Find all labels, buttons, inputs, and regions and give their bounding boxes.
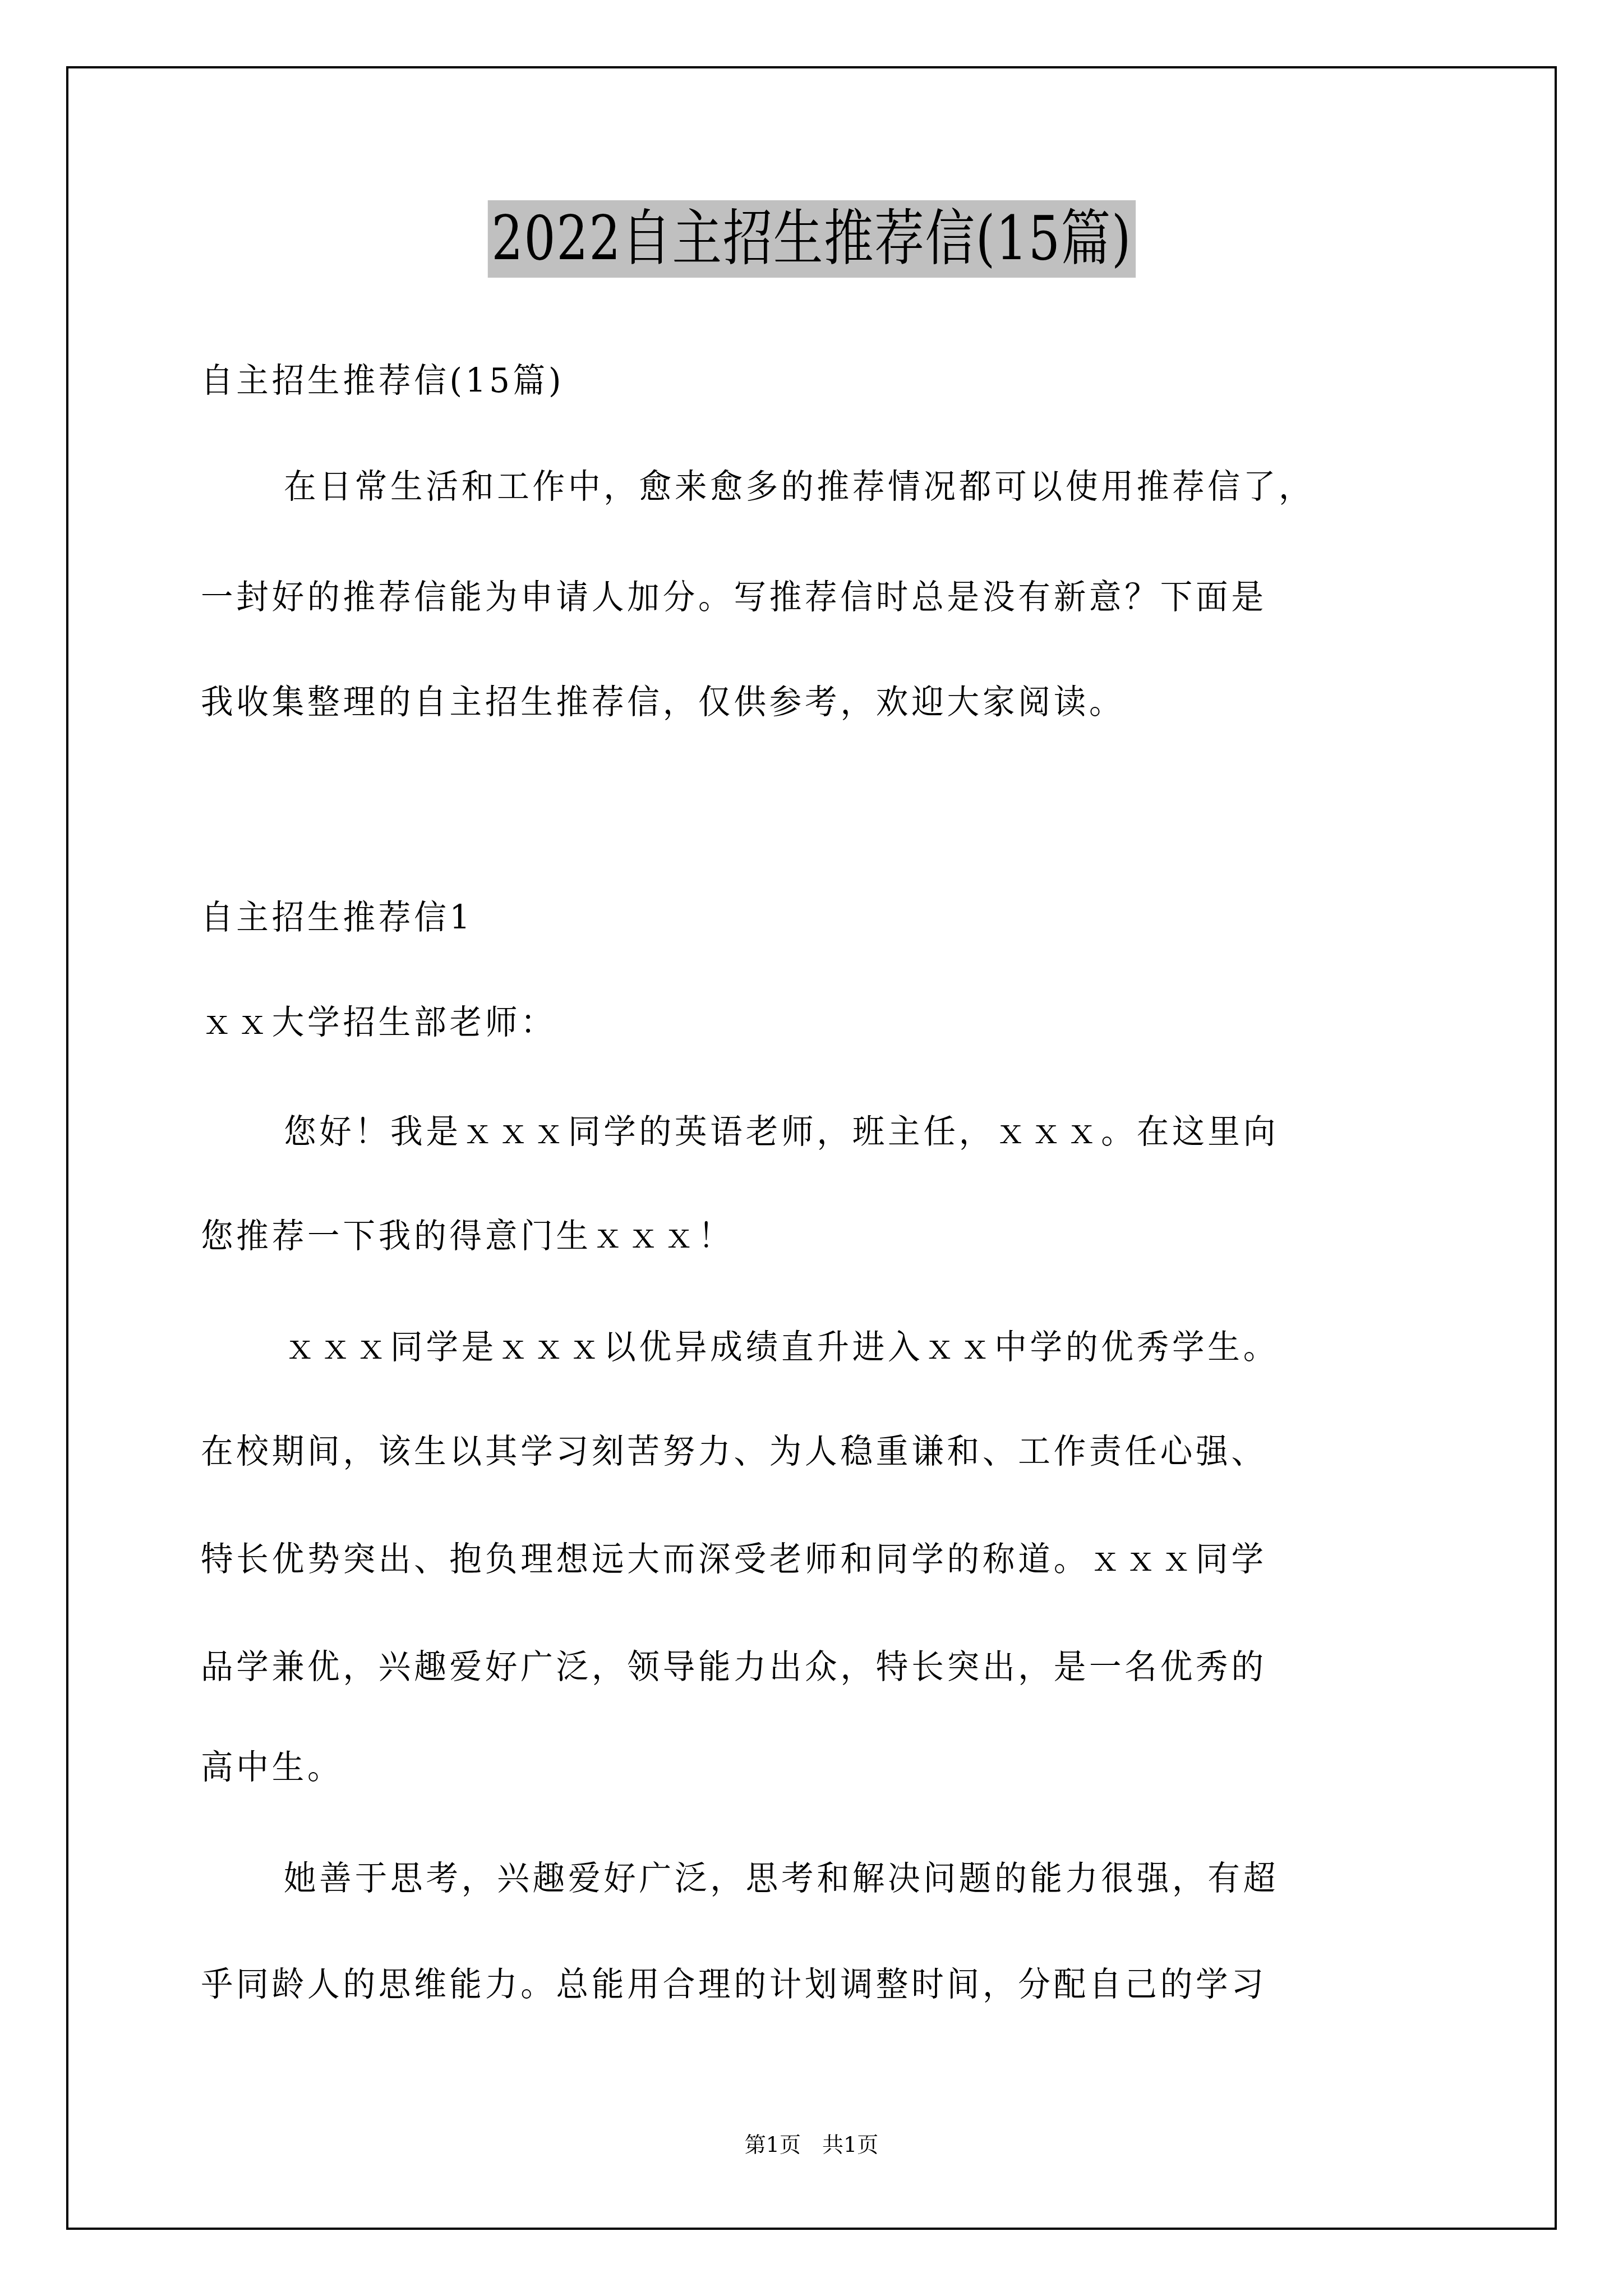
body-line: 她善于思考，兴趣爱好广泛，思考和解决问题的能力很强，有超: [284, 1859, 1479, 1898]
body-line: 在校期间，该生以其学习刻苦努力、为人稳重谦和、工作责任心强、: [201, 1432, 1396, 1471]
body-line: 您推荐一下我的得意门生ｘｘｘ！: [201, 1217, 1396, 1256]
salutation: ｘｘ大学招生部老师：: [201, 1003, 1396, 1042]
intro-line-1: 在日常生活和工作中，愈来愈多的推荐情况都可以使用推荐信了，: [284, 467, 1479, 507]
body-line: 乎同龄人的思维能力。总能用合理的计划调整时间，分配自己的学习: [201, 1965, 1396, 2004]
body-line: 品学兼优，兴趣爱好广泛，领导能力出众，特长突出，是一名优秀的: [201, 1648, 1396, 1687]
page-footer: 第1页 共1页: [0, 2132, 1623, 2157]
intro-line-2: 一封好的推荐信能为申请人加分。写推荐信时总是没有新意？下面是: [201, 578, 1396, 617]
body-line: 特长优势突出、抱负理想远大而深受老师和同学的称道。ｘｘｘ同学: [201, 1540, 1396, 1579]
body-line: 您好！我是ｘｘｘ同学的英语老师，班主任，ｘｘｘ。在这里向: [284, 1112, 1479, 1152]
subtitle: 自主招生推荐信(15篇): [201, 361, 1396, 401]
section-heading: 自主招生推荐信1: [201, 898, 1396, 937]
body-line: 高中生。: [201, 1748, 1396, 1787]
body-line: ｘｘｘ同学是ｘｘｘ以优异成绩直升进入ｘｘ中学的优秀学生。: [284, 1328, 1479, 1367]
intro-line-3: 我收集整理的自主招生推荐信，仅供参考，欢迎大家阅读。: [201, 683, 1396, 722]
title-container: 2022自主招生推荐信(15篇): [0, 200, 1623, 278]
document-title: 2022自主招生推荐信(15篇): [487, 200, 1135, 278]
